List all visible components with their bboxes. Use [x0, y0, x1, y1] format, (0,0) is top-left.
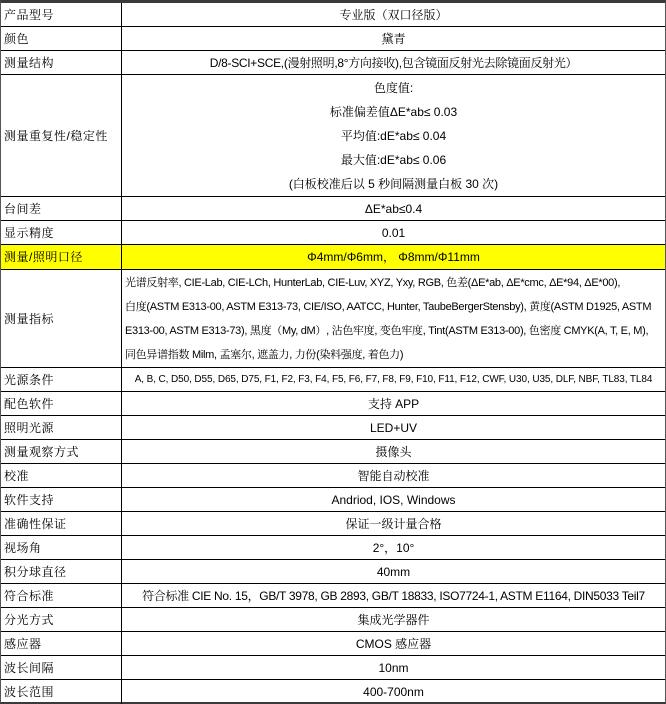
spec-value-aperture: Φ4mm/Φ6mm， Φ8mm/Φ11mm: [122, 245, 665, 269]
spec-label-software-support: 软件支持: [1, 488, 122, 511]
spec-label-product-model: 产品型号: [1, 3, 122, 26]
spec-label-color: 颜色: [1, 27, 122, 50]
spec-value-wavelength-range: 400-700nm: [122, 680, 665, 704]
spec-row-illumination-source: 照明光源 LED+UV: [1, 416, 665, 440]
spec-row-color: 颜色 黛青: [1, 27, 665, 51]
spec-value-illumination-source: LED+UV: [122, 416, 665, 439]
spec-row-aperture: 测量/照明口径 Φ4mm/Φ6mm， Φ8mm/Φ11mm: [1, 245, 665, 270]
spec-row-accuracy-guarantee: 准确性保证 保证一级计量合格: [1, 512, 665, 536]
spec-row-inter-instrument-error: 台间差 ΔE*ab≤0.4: [1, 197, 665, 221]
product-spec-table: 产品型号 专业版（双口径版） 颜色 黛青 测量结构 D/8-SCI+SCE,(漫…: [0, 0, 666, 704]
spec-row-spectroscopic-method: 分光方式 集成光学器件: [1, 608, 665, 632]
spec-value-accuracy-guarantee: 保证一级计量合格: [122, 512, 665, 535]
spec-label-spectroscopic-method: 分光方式: [1, 608, 122, 631]
spec-value-wavelength-interval: 10nm: [122, 656, 665, 679]
spec-value-spectroscopic-method: 集成光学器件: [122, 608, 665, 631]
repeatability-line: 色度值:: [122, 76, 665, 100]
spec-value-field-of-view: 2°，10°: [122, 536, 665, 559]
spec-row-sensor: 感应器 CMOS 感应器: [1, 632, 665, 656]
spec-label-calibration: 校准: [1, 464, 122, 487]
spec-value-product-model: 专业版（双口径版）: [122, 3, 665, 26]
spec-label-accuracy-guarantee: 准确性保证: [1, 512, 122, 535]
spec-row-software-support: 软件支持 Andriod, IOS, Windows: [1, 488, 665, 512]
spec-row-wavelength-range: 波长范围 400-700nm: [1, 680, 665, 704]
spec-value-display-precision: 0.01: [122, 221, 665, 244]
spec-label-field-of-view: 视场角: [1, 536, 122, 559]
spec-value-color: 黛青: [122, 27, 665, 50]
spec-value-sensor: CMOS 感应器: [122, 632, 665, 655]
spec-row-viewing-method: 测量观察方式 摄像头: [1, 440, 665, 464]
spec-value-viewing-method: 摄像头: [122, 440, 665, 463]
repeatability-line: 最大值:dE*ab≤ 0.06: [122, 148, 665, 172]
spec-row-display-precision: 显示精度 0.01: [1, 221, 665, 245]
spec-label-integrating-sphere-diameter: 积分球直径: [1, 560, 122, 583]
measurement-indices-line: 白度(ASTM E313-00, ASTM E313-73, CIE/ISO, …: [122, 295, 665, 319]
spec-label-wavelength-range: 波长范围: [1, 680, 122, 704]
spec-row-field-of-view: 视场角 2°，10°: [1, 536, 665, 560]
spec-label-wavelength-interval: 波长间隔: [1, 656, 122, 679]
spec-row-color-matching-software: 配色软件 支持 APP: [1, 392, 665, 416]
repeatability-line: (白板校准后以 5 秒间隔测量白板 30 次): [122, 172, 665, 196]
spec-row-standards-compliance: 符合标准 符合标准 CIE No. 15，GB/T 3978, GB 2893,…: [1, 584, 665, 608]
spec-value-integrating-sphere-diameter: 40mm: [122, 560, 665, 583]
spec-row-wavelength-interval: 波长间隔 10nm: [1, 656, 665, 680]
measurement-indices-line: 同色异谱指数 Milm, 孟塞尔, 遮盖力, 力份(染料强度, 着色力): [122, 343, 665, 367]
spec-label-sensor: 感应器: [1, 632, 122, 655]
spec-label-color-matching-software: 配色软件: [1, 392, 122, 415]
spec-row-integrating-sphere-diameter: 积分球直径 40mm: [1, 560, 665, 584]
spec-label-illumination-source: 照明光源: [1, 416, 122, 439]
spec-row-illuminants: 光源条件 A, B, C, D50, D55, D65, D75, F1, F2…: [1, 368, 665, 392]
spec-row-calibration: 校准 智能自动校准: [1, 464, 665, 488]
spec-value-standards-compliance: 符合标准 CIE No. 15，GB/T 3978, GB 2893, GB/T…: [122, 584, 665, 607]
spec-label-viewing-method: 测量观察方式: [1, 440, 122, 463]
spec-value-measurement-indices: 光谱反射率, CIE-Lab, CIE-LCh, HunterLab, CIE-…: [122, 270, 665, 367]
spec-value-repeatability: 色度值: 标准偏差值ΔE*ab≤ 0.03 平均值:dE*ab≤ 0.04 最大…: [122, 75, 665, 196]
spec-label-measurement-geometry: 测量结构: [1, 51, 122, 74]
spec-label-measurement-indices: 测量指标: [1, 270, 122, 367]
spec-value-measurement-geometry: D/8-SCI+SCE,(漫射照明,8°方向接收),包含镜面反射光去除镜面反射光…: [122, 51, 665, 74]
spec-label-repeatability: 测量重复性/稳定性: [1, 75, 122, 196]
spec-value-illuminants: A, B, C, D50, D55, D65, D75, F1, F2, F3,…: [122, 368, 665, 391]
spec-row-measurement-geometry: 测量结构 D/8-SCI+SCE,(漫射照明,8°方向接收),包含镜面反射光去除…: [1, 51, 665, 75]
spec-row-product-model: 产品型号 专业版（双口径版）: [1, 3, 665, 27]
spec-label-aperture: 测量/照明口径: [1, 245, 122, 269]
spec-label-standards-compliance: 符合标准: [1, 584, 122, 607]
spec-row-repeatability: 测量重复性/稳定性 色度值: 标准偏差值ΔE*ab≤ 0.03 平均值:dE*a…: [1, 75, 665, 197]
repeatability-line: 平均值:dE*ab≤ 0.04: [122, 124, 665, 148]
spec-value-color-matching-software: 支持 APP: [122, 392, 665, 415]
spec-row-measurement-indices: 测量指标 光谱反射率, CIE-Lab, CIE-LCh, HunterLab,…: [1, 270, 665, 368]
repeatability-line: 标准偏差值ΔE*ab≤ 0.03: [122, 100, 665, 124]
spec-label-display-precision: 显示精度: [1, 221, 122, 244]
measurement-indices-line: 光谱反射率, CIE-Lab, CIE-LCh, HunterLab, CIE-…: [122, 271, 665, 295]
spec-value-software-support: Andriod, IOS, Windows: [122, 488, 665, 511]
spec-value-calibration: 智能自动校准: [122, 464, 665, 487]
spec-label-illuminants: 光源条件: [1, 368, 122, 391]
spec-label-inter-instrument-error: 台间差: [1, 197, 122, 220]
spec-value-inter-instrument-error: ΔE*ab≤0.4: [122, 197, 665, 220]
measurement-indices-line: E313-00, ASTM E313-73), 黑度（My, dM）, 沾色牢度…: [122, 319, 665, 343]
